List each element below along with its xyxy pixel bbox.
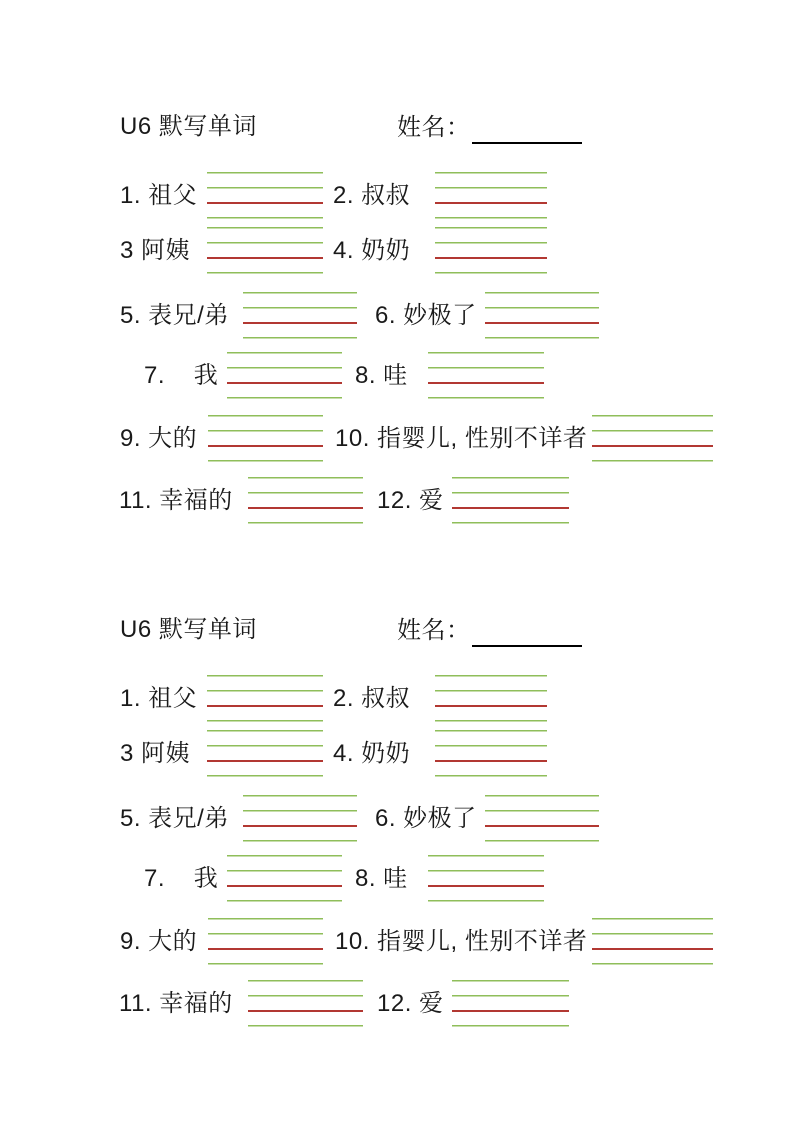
- item-8-answer-grid[interactable]: [428, 855, 544, 902]
- name-blank-line[interactable]: [472, 142, 582, 144]
- item-10-label: 10. 指婴儿, 性别不详者: [335, 927, 587, 957]
- item-2-label: 2. 叔叔: [333, 181, 410, 211]
- item-4-label: 4. 奶奶: [333, 236, 410, 266]
- item-7-answer-grid[interactable]: [227, 352, 342, 399]
- name-blank-line[interactable]: [472, 645, 582, 647]
- item-10-answer-grid[interactable]: [592, 918, 713, 965]
- item-3-label: 3 阿姨: [120, 739, 190, 769]
- item-12-label: 12. 爱: [377, 989, 444, 1019]
- worksheet-section-2: U6 默写单词 姓名： 1. 祖父 2. 叔叔 3 阿姨 4. 奶奶 5. 表兄…: [0, 615, 793, 1035]
- item-2-answer-grid[interactable]: [435, 675, 547, 722]
- item-8-answer-grid[interactable]: [428, 352, 544, 399]
- item-1-answer-grid[interactable]: [207, 172, 323, 219]
- item-12-answer-grid[interactable]: [452, 477, 569, 524]
- item-10-answer-grid[interactable]: [592, 415, 713, 462]
- item-8-label: 8. 哇: [355, 864, 408, 894]
- item-5-label: 5. 表兄/弟: [120, 804, 229, 834]
- item-2-label: 2. 叔叔: [333, 684, 410, 714]
- item-2-answer-grid[interactable]: [435, 172, 547, 219]
- item-7-label: 7. 我: [144, 864, 218, 894]
- worksheet-section-1: U6 默写单词 姓名： 1. 祖父 2. 叔叔 3 阿姨 4. 奶奶 5. 表兄…: [0, 112, 793, 532]
- item-6-label: 6. 妙极了: [375, 301, 477, 331]
- item-3-label: 3 阿姨: [120, 236, 190, 266]
- item-11-answer-grid[interactable]: [248, 980, 363, 1027]
- item-7-answer-grid[interactable]: [227, 855, 342, 902]
- item-11-label: 11. 幸福的: [119, 486, 233, 516]
- unit-title: U6 默写单词: [120, 615, 257, 645]
- item-11-label: 11. 幸福的: [119, 989, 233, 1019]
- item-4-answer-grid[interactable]: [435, 227, 547, 274]
- item-9-label: 9. 大的: [120, 424, 197, 454]
- item-3-answer-grid[interactable]: [207, 227, 323, 274]
- worksheet-page: U6 默写单词 姓名： 1. 祖父 2. 叔叔 3 阿姨 4. 奶奶 5. 表兄…: [0, 0, 793, 1122]
- item-1-label: 1. 祖父: [120, 181, 197, 211]
- name-label: 姓名：: [397, 113, 471, 143]
- item-1-label: 1. 祖父: [120, 684, 197, 714]
- unit-title: U6 默写单词: [120, 112, 257, 142]
- item-11-answer-grid[interactable]: [248, 477, 363, 524]
- name-label: 姓名：: [397, 616, 471, 646]
- item-6-answer-grid[interactable]: [485, 795, 599, 842]
- item-9-answer-grid[interactable]: [208, 918, 323, 965]
- item-3-answer-grid[interactable]: [207, 730, 323, 777]
- item-5-answer-grid[interactable]: [243, 795, 357, 842]
- item-5-answer-grid[interactable]: [243, 292, 357, 339]
- item-6-label: 6. 妙极了: [375, 804, 477, 834]
- item-6-answer-grid[interactable]: [485, 292, 599, 339]
- item-9-answer-grid[interactable]: [208, 415, 323, 462]
- item-1-answer-grid[interactable]: [207, 675, 323, 722]
- item-12-label: 12. 爱: [377, 486, 444, 516]
- item-10-label: 10. 指婴儿, 性别不详者: [335, 424, 587, 454]
- item-12-answer-grid[interactable]: [452, 980, 569, 1027]
- item-8-label: 8. 哇: [355, 361, 408, 391]
- item-4-answer-grid[interactable]: [435, 730, 547, 777]
- item-4-label: 4. 奶奶: [333, 739, 410, 769]
- item-5-label: 5. 表兄/弟: [120, 301, 229, 331]
- item-9-label: 9. 大的: [120, 927, 197, 957]
- item-7-label: 7. 我: [144, 361, 218, 391]
